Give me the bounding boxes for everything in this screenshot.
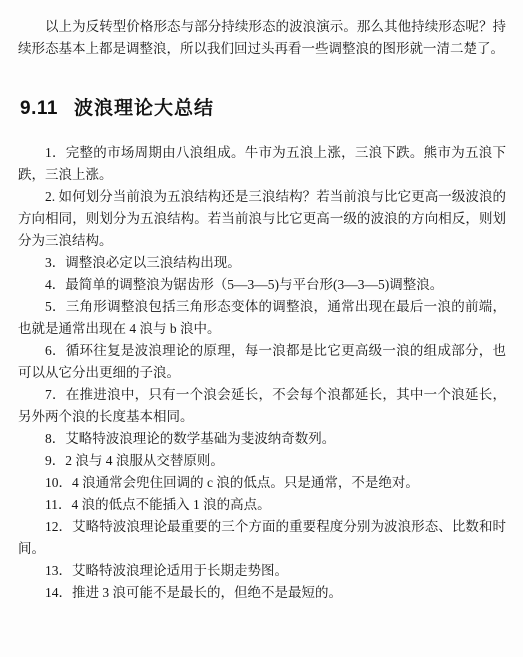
summary-list: 1．完整的市场周期由八浪组成。牛市为五浪上涨，三浪下跌。熊市为五浪下跌，三浪上涨… — [18, 142, 506, 604]
list-item-10: 10．4 浪通常会兜住回调的 c 浪的低点。只是通常，不是绝对。 — [18, 472, 506, 494]
list-item-9: 9．2 浪与 4 浪服从交替原则。 — [18, 450, 506, 472]
section-number: 9.11 — [20, 97, 58, 121]
list-item-5: 5．三角形调整浪包括三角形态变体的调整浪，通常出现在最后一浪的前端，也就是通常出… — [18, 296, 506, 340]
section-heading: 9.11 波浪理论大总结 — [20, 97, 506, 121]
section-title: 波浪理论大总结 — [74, 97, 214, 121]
list-item-1: 1．完整的市场周期由八浪组成。牛市为五浪上涨，三浪下跌。熊市为五浪下跌，三浪上涨… — [18, 142, 506, 186]
list-item-8: 8．艾略特波浪理论的数学基础为斐波纳奇数列。 — [18, 428, 506, 450]
list-item-11: 11．4 浪的低点不能插入 1 浪的高点。 — [18, 494, 506, 516]
book-page: 以上为反转型价格形态与部分持续形态的波浪演示。那么其他持续形态呢？持续形态基本上… — [0, 0, 523, 657]
list-item-13: 13．艾略特波浪理论适用于长期走势图。 — [18, 560, 506, 582]
list-item-7: 7．在推进浪中，只有一个浪会延长，不会每个浪都延长，其中一个浪延长，另外两个浪的… — [18, 384, 506, 428]
intro-paragraph: 以上为反转型价格形态与部分持续形态的波浪演示。那么其他持续形态呢？持续形态基本上… — [18, 16, 506, 60]
list-item-2: 2. 如何划分当前浪为五浪结构还是三浪结构？若当前浪与比它更高一级波浪的方向相同… — [18, 186, 506, 252]
list-item-12: 12．艾略特波浪理论最重要的三个方面的重要程度分别为波浪形态、比数和时间。 — [18, 516, 506, 560]
list-item-14: 14．推进 3 浪可能不是最长的，但绝不是最短的。 — [18, 582, 506, 604]
list-item-3: 3．调整浪必定以三浪结构出现。 — [18, 252, 506, 274]
list-item-6: 6．循环往复是波浪理论的原理，每一浪都是比它更高级一浪的组成部分，也可以从它分出… — [18, 340, 506, 384]
list-item-4: 4．最简单的调整浪为锯齿形（5—3—5)与平台形(3—3—5)调整浪。 — [18, 274, 506, 296]
